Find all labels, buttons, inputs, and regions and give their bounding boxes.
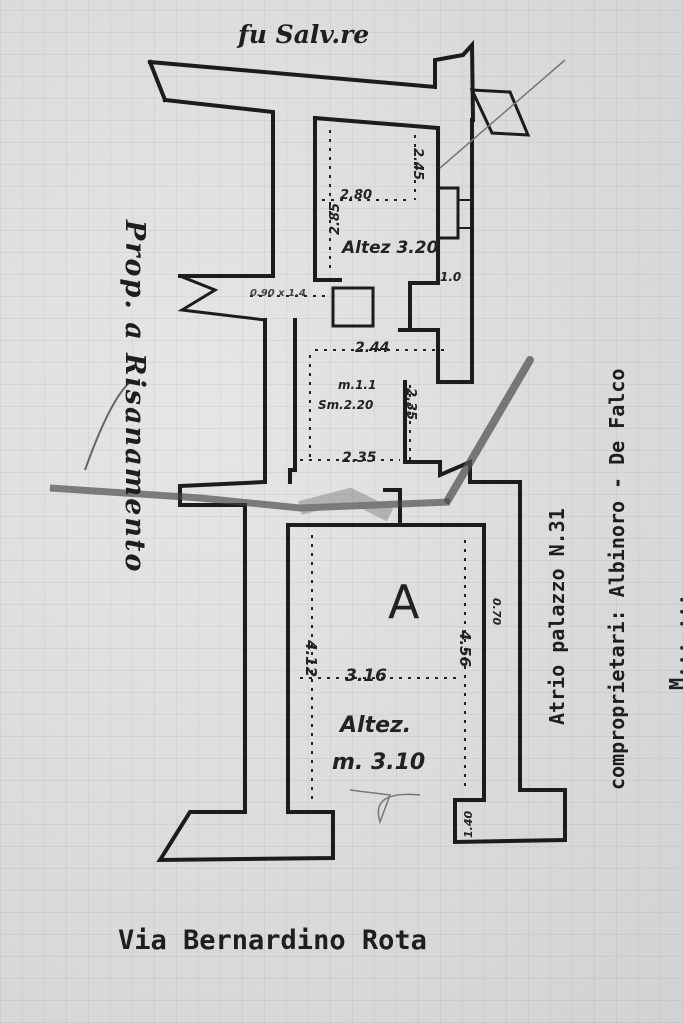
passage-dim-right: 2.35 — [403, 388, 418, 420]
passage-dim-top: 2.44 — [355, 340, 390, 356]
main-room-side-mark: 0.70 — [490, 598, 503, 625]
passage-dim-bottom: 2.35 — [342, 450, 377, 466]
floor-plan-sheet: fu Salv.re Prop. a Risanamento Atrio pal… — [0, 0, 683, 1023]
upper-room-dim-left: 2.85 — [328, 203, 343, 235]
main-room-dim-right: 4.56 — [456, 630, 474, 667]
main-room-width: 3.16 — [345, 666, 387, 686]
toilet-fixture — [333, 288, 373, 326]
floor-plan-drawing — [0, 0, 683, 1023]
connector-label: 0.90 x 1.4 — [250, 288, 306, 299]
upper-door-width: 1.0 — [440, 270, 461, 284]
main-room-dim-left: 4.12 — [302, 640, 320, 677]
top-label: fu Salv.re — [238, 20, 369, 49]
upper-left-wall — [165, 100, 273, 276]
passage-note-1: m.1.1 — [338, 378, 376, 392]
upper-room-dim-right: 2.45 — [410, 148, 425, 180]
upper-room-height: Altez 3.20 — [342, 238, 438, 258]
main-room-corner-mark: 1.40 — [462, 811, 475, 838]
street-label: Via Bernardino Rota — [118, 925, 427, 956]
main-room-height-label: Altez. — [340, 713, 411, 738]
top-outer-wall — [150, 45, 473, 120]
upper-room-dim-width: 2.80 — [340, 188, 372, 203]
main-room-height-value: m. 3.10 — [332, 750, 425, 775]
left-property-label: Prop. a Risanamento — [119, 220, 150, 573]
owners-label: comproprietari: Albinoro - De Falco — [605, 369, 629, 790]
owners-label-cut: M... ... — [665, 594, 683, 690]
room-letter-A: A — [388, 575, 419, 629]
passage-note-2: Sm.2.20 — [318, 398, 373, 412]
atrio-label: Atrio palazzo N.31 — [545, 508, 569, 725]
